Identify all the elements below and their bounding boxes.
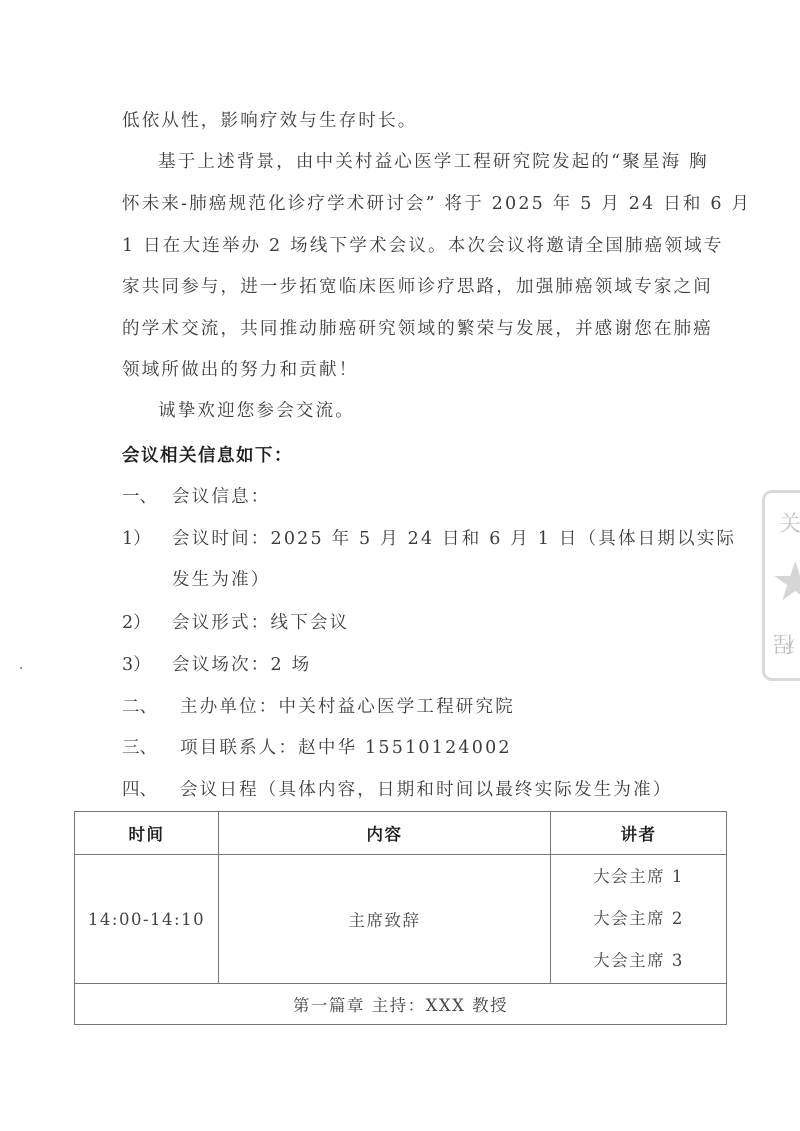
header-time: 时间: [75, 812, 218, 854]
stamp-text: 程: [773, 629, 795, 660]
paragraph-line: 领域所做出的努力和贡献！: [122, 358, 692, 382]
item-marker: 3）: [122, 653, 151, 677]
section-marker: 二、: [122, 695, 157, 719]
info-heading: 会议相关信息如下：: [122, 444, 692, 468]
section-label: 会议信息：: [172, 485, 271, 509]
paragraph-line: 1 日在大连举办 2 场线下学术会议。本次会议将邀请全国肺癌领域专: [122, 234, 692, 258]
scan-speck: [20, 667, 22, 669]
meeting-time-cont: 发生为准）: [172, 568, 271, 592]
header-speaker: 讲者: [551, 812, 726, 854]
document-page: 低依从性，影响疗效与生存时长。 基于上述背景，由中关村益心医学工程研究院发起的“…: [0, 0, 800, 1131]
welcome-text: 诚挚欢迎您参会交流。: [158, 399, 728, 423]
stamp-text: 关: [779, 507, 800, 538]
agenda-label: 会议日程（具体内容，日期和时间以最终实际发生为准）: [180, 778, 673, 802]
header-content: 内容: [219, 812, 550, 854]
seal-stamp: 关 ★ 程: [762, 490, 800, 681]
section-marker: 一、: [122, 485, 157, 509]
paragraph-line: 家共同参与，进一步拓宽临床医师诊疗思路，加强肺癌领域专家之间: [122, 275, 692, 299]
meeting-format: 会议形式：线下会议: [172, 611, 349, 635]
meeting-sessions: 会议场次：2 场: [172, 653, 311, 677]
paragraph-line: 基于上述背景，由中关村益心医学工程研究院发起的“聚星海 胸: [158, 150, 728, 174]
speaker: 大会主席 2: [593, 907, 684, 931]
paragraph-line: 的学术交流，共同推动肺癌研究领域的繁荣与发展，并感谢您在肺癌: [122, 317, 692, 341]
item-marker: 1）: [122, 527, 151, 551]
chapter-row: 第一篇章 主持：XXX 教授: [75, 984, 726, 1024]
row-content: 主席致辞: [219, 855, 550, 983]
speaker: 大会主席 1: [593, 865, 684, 889]
star-icon: ★: [771, 555, 800, 609]
section-marker: 三、: [122, 736, 157, 760]
paragraph-tail: 低依从性，影响疗效与生存时长。: [122, 109, 692, 133]
organizer: 主办单位：中关村益心医学工程研究院: [180, 695, 515, 719]
item-marker: 2）: [122, 611, 151, 635]
row-speakers: 大会主席 1 大会主席 2 大会主席 3: [551, 855, 726, 983]
paragraph-line: 怀未来-肺癌规范化诊疗学术研讨会” 将于 2025 年 5 月 24 日和 6 …: [122, 192, 692, 216]
contact-person: 项目联系人：赵中华 15510124002: [180, 736, 512, 760]
meeting-time: 会议时间：2025 年 5 月 24 日和 6 月 1 日（具体日期以实际: [172, 527, 736, 551]
speaker: 大会主席 3: [593, 949, 684, 973]
schedule-table: 时间 内容 讲者 14:00-14:10 主席致辞 大会主席 1 大会主席 2 …: [74, 811, 727, 1025]
section-marker: 四、: [122, 778, 157, 802]
row-time: 14:00-14:10: [75, 855, 218, 983]
